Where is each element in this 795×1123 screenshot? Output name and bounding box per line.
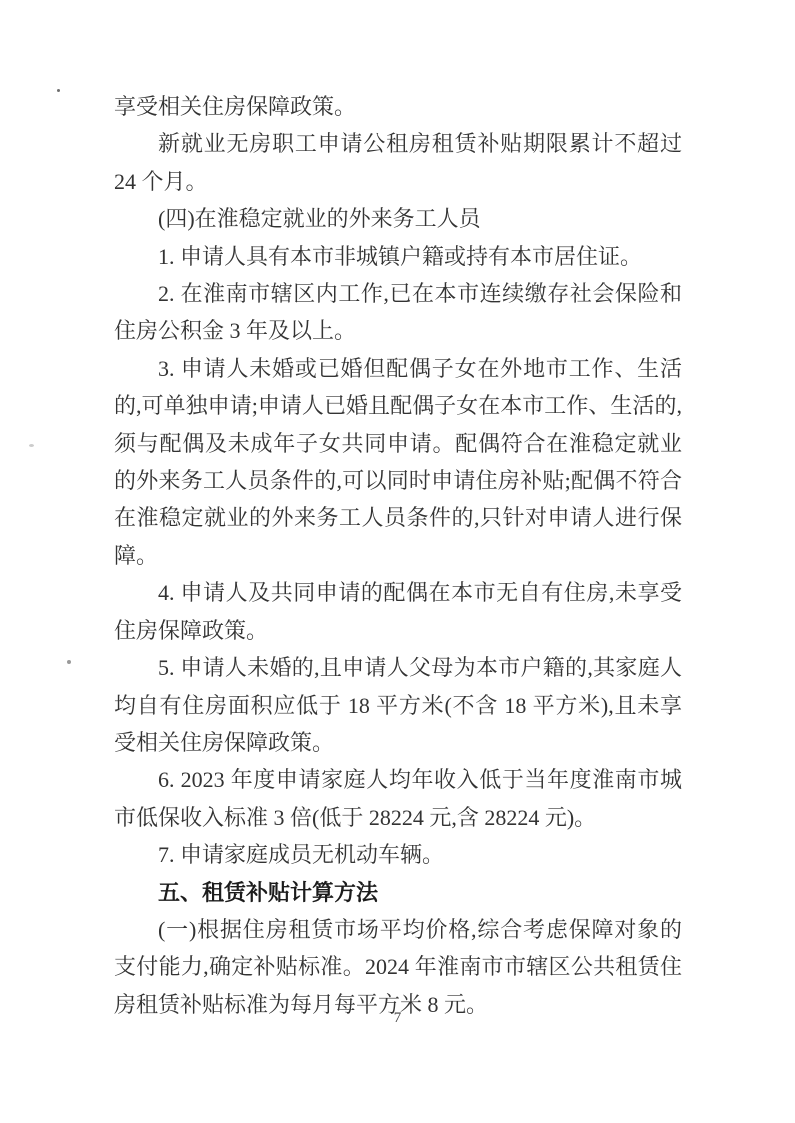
page-number: 7 xyxy=(0,1010,795,1027)
paragraph: (一)根据住房租赁市场平均价格,综合考虑保障对象的支付能力,确定补贴标准。202… xyxy=(114,911,682,1023)
document-page: 享受相关住房保障政策。新就业无房职工申请公租房租赁补贴期限累计不超过 24 个月… xyxy=(0,0,795,1123)
document-body: 享受相关住房保障政策。新就业无房职工申请公租房租赁补贴期限累计不超过 24 个月… xyxy=(114,88,682,1023)
paragraph: 享受相关住房保障政策。 xyxy=(114,88,682,125)
paragraph: 6. 2023 年度申请家庭人均年收入低于当年度淮南市城市低保收入标准 3 倍(… xyxy=(114,761,682,836)
scan-speck xyxy=(29,444,34,447)
paragraph: 1. 申请人具有本市非城镇户籍或持有本市居住证。 xyxy=(114,238,682,275)
paragraph: 2. 在淮南市辖区内工作,已在本市连续缴存社会保险和住房公积金 3 年及以上。 xyxy=(114,275,682,350)
paragraph: 7. 申请家庭成员无机动车辆。 xyxy=(114,836,682,873)
paragraph: (四)在淮稳定就业的外来务工人员 xyxy=(114,200,682,237)
paragraph: 4. 申请人及共同申请的配偶在本市无自有住房,未享受住房保障政策。 xyxy=(114,574,682,649)
paragraph: 新就业无房职工申请公租房租赁补贴期限累计不超过 24 个月。 xyxy=(114,125,682,200)
paragraph: 3. 申请人未婚或已婚但配偶子女在外地市工作、生活的,可单独申请;申请人已婚且配… xyxy=(114,350,682,574)
scan-speck xyxy=(67,660,71,664)
section-heading: 五、租赁补贴计算方法 xyxy=(114,874,682,911)
scan-speck xyxy=(57,89,60,92)
paragraph: 5. 申请人未婚的,且申请人父母为本市户籍的,其家庭人均自有住房面积应低于 18… xyxy=(114,649,682,761)
